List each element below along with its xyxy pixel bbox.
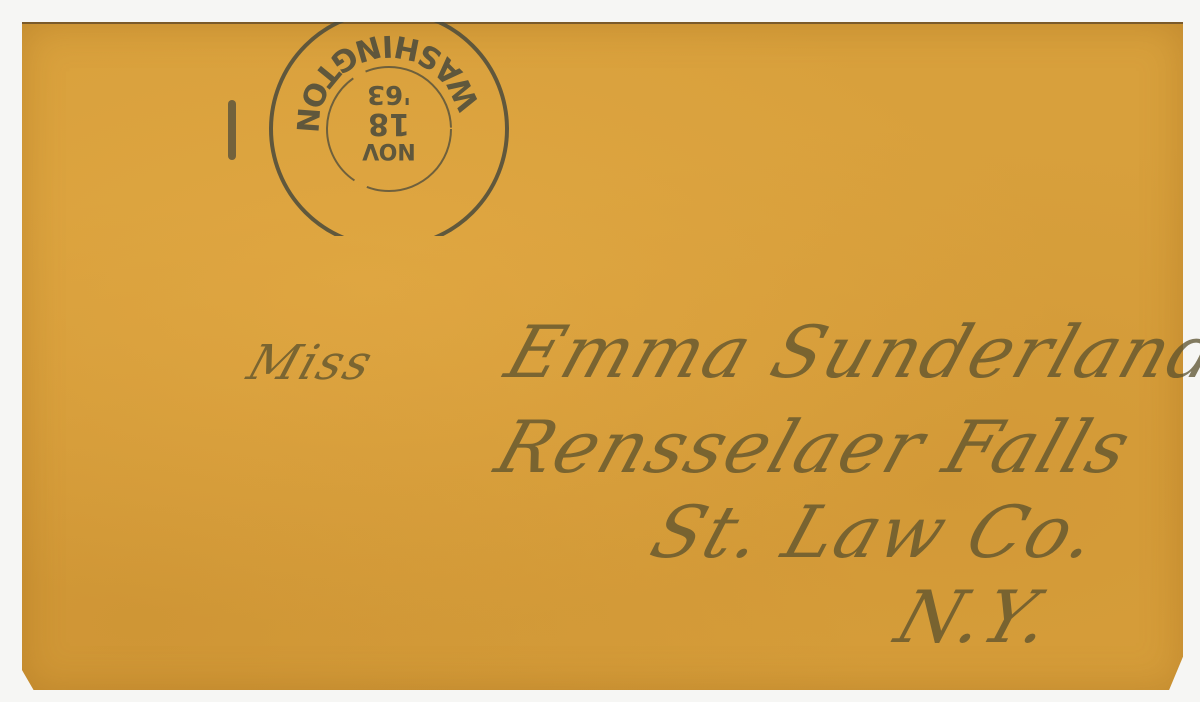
postmark-year: '63 xyxy=(367,79,411,109)
address-name: Emma Sunderland xyxy=(496,310,1200,394)
address-salutation: Miss xyxy=(241,335,381,391)
address-county: St. Law Co. xyxy=(641,490,1110,574)
ink-smudge xyxy=(228,100,236,160)
postmark-day: 18 xyxy=(368,106,410,141)
address-state: N.Y. xyxy=(886,575,1064,659)
postmark: WASHINGTON NOV 18 '63 xyxy=(263,22,515,236)
address-town: Rensselaer Falls xyxy=(486,405,1142,489)
